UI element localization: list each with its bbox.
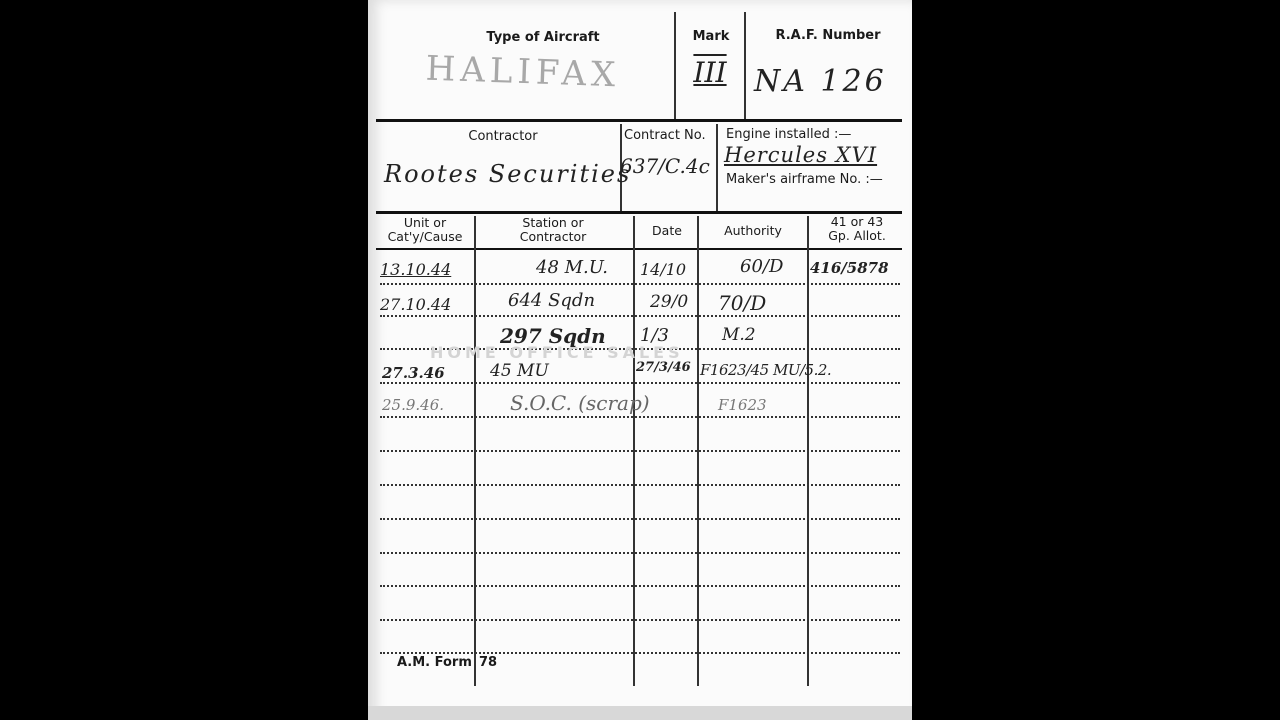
mark-value: III (680, 56, 740, 89)
col-header-unit-line1: Unit or (376, 216, 474, 230)
raf-number-label: R.A.F. Number (748, 29, 908, 43)
row2-date: 29/0 (650, 292, 688, 312)
header-rule-1 (376, 119, 902, 122)
row-line-2 (380, 315, 900, 317)
col-header-unit-line2: Cat'y/Cause (376, 230, 474, 244)
col-header-allot-line2: Gp. Allot. (810, 229, 904, 243)
row5-unit: 25.9.46. (382, 396, 444, 414)
col-header-allot-line1: 41 or 43 (810, 215, 904, 229)
table-header-rule (376, 248, 902, 250)
divider-contract-no (716, 124, 718, 212)
row4-station: 45 MU (490, 361, 549, 381)
type-of-aircraft-value: HALIFAX (407, 48, 638, 96)
row-line-1 (380, 283, 900, 285)
engine-installed-value: Hercules XVI (724, 143, 877, 167)
contractor-value: Rootes Securities (384, 160, 631, 188)
row4-date: 27/3/46 (636, 360, 691, 375)
row2-authority: 70/D (718, 291, 766, 315)
row-line-7 (380, 484, 900, 486)
row1-authority: 60/D (740, 256, 783, 277)
contract-no-label: Contract No. (624, 129, 706, 143)
makers-airframe-label: Maker's airframe No. :— (726, 173, 883, 187)
row-line-4 (380, 382, 900, 384)
form-number: 78 (479, 656, 497, 670)
form-name: A.M. Form (397, 656, 472, 670)
col-header-station-line2: Contractor (478, 230, 628, 244)
col-header-date: Date (636, 224, 698, 238)
row4-unit: 27.3.46 (382, 364, 445, 382)
mark-label: Mark (678, 30, 744, 44)
row3-station: 297 Sqdn (500, 324, 606, 348)
row-line-10 (380, 585, 900, 587)
col-header-authority: Authority (700, 224, 806, 238)
col-header-station-line1: Station or (478, 216, 628, 230)
row-line-6 (380, 450, 900, 452)
row-line-12 (380, 652, 900, 654)
col-header-unit: Unit or Cat'y/Cause (376, 216, 474, 244)
contract-no-value: 637/C.4c (620, 154, 710, 178)
row2-unit: 27.10.44 (380, 295, 451, 314)
divider-type-mark (674, 12, 676, 120)
aircraft-record-card: Type of Aircraft HALIFAX Mark III R.A.F.… (368, 0, 912, 720)
row1-date: 14/10 (640, 260, 686, 279)
row5-authority: F1623 (718, 396, 767, 414)
row4-authority: F1623/45 MU/5.2. (700, 361, 831, 379)
row-line-9 (380, 552, 900, 554)
row-line-5 (380, 416, 900, 418)
row2-station: 644 Sqdn (508, 290, 595, 311)
col-header-allot: 41 or 43 Gp. Allot. (810, 215, 904, 243)
divider-mark-rafnum (744, 12, 746, 120)
header-rule-2 (376, 211, 902, 214)
engine-installed-label: Engine installed :— (726, 128, 851, 142)
row3-authority: M.2 (722, 325, 756, 345)
type-of-aircraft-label: Type of Aircraft (428, 31, 658, 45)
raf-number-value: NA 126 (754, 64, 887, 99)
row1-station: 48 M.U. (536, 257, 608, 278)
col-header-station: Station or Contractor (478, 216, 628, 244)
row-line-8 (380, 518, 900, 520)
row1-unit: 13.10.44 (380, 260, 451, 279)
row-line-11 (380, 619, 900, 621)
row5-station: S.O.C. (scrap) (510, 391, 650, 415)
contractor-label: Contractor (388, 130, 618, 144)
row1-allot: 416/5878 (810, 259, 889, 277)
row3-date: 1/3 (640, 325, 669, 346)
